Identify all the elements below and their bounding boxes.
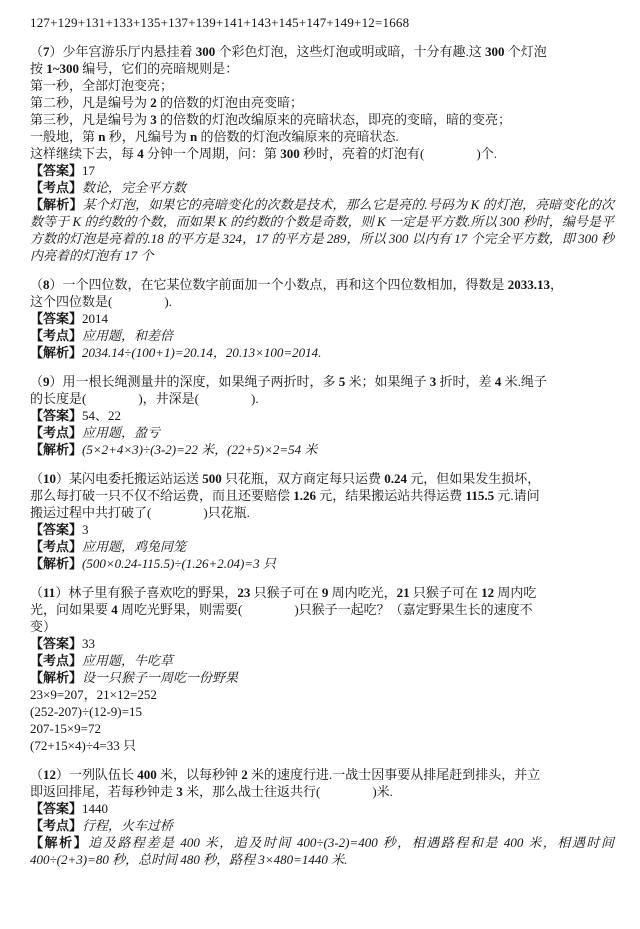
analysis-block: 【解析】某个灯泡，如果它的亮暗变化的次数是技术，那么它是亮的.号码为 K 的灯泡… — [30, 196, 614, 264]
problems-list: （7）少年宫游乐厅内悬挂着 300 个彩色灯泡，这些灯泡或明或暗，十分有趣.这 … — [30, 43, 614, 868]
answer-label: 【答案】 — [30, 522, 82, 537]
analysis-block: 【解析】2034.14÷(100+1)=20.14，20.13×100=2014… — [30, 344, 614, 361]
topic-value: 行程，火车过桥 — [82, 818, 173, 833]
answer-value: 54、22 — [82, 408, 121, 423]
problem-block: （12）一列队伍长 400 米，以每秒钟 2 米的速度行进.一战士因事要从排尾赶… — [30, 766, 614, 868]
analysis-block: 【解析】(5×2+4×3)÷(3-2)=22 米，(22+5)×2=54 米 — [30, 441, 614, 458]
topic-line: 【考点】行程，火车过桥 — [30, 817, 614, 834]
problem-block: （11）林子里有猴子喜欢吃的野果，23 只猴子可在 9 周内吃光，21 只猴子可… — [30, 584, 614, 754]
sum-equation-line: 127+129+131+133+135+137+139+141+143+145+… — [30, 14, 614, 31]
analysis-formula-line: 23×9=207，21×12=252 — [30, 686, 614, 703]
problem-block: （9）用一根长绳测量井的深度，如果绳子两折时，多 5 米；如果绳子 3 折时，差… — [30, 373, 614, 458]
analysis-formula-line: (252-207)÷(12-9)=15 — [30, 703, 614, 720]
topic-line: 【考点】应用题，和差倍 — [30, 327, 614, 344]
analysis-first-line: 【解析】(500×0.24-115.5)÷(1.26+2.04)=3 只 — [30, 555, 614, 572]
answer-value: 17 — [82, 163, 95, 178]
analysis-block: 【解析】(500×0.24-115.5)÷(1.26+2.04)=3 只 — [30, 555, 614, 572]
statement-line: （9）用一根长绳测量井的深度，如果绳子两折时，多 5 米；如果绳子 3 折时，差… — [30, 373, 614, 390]
analysis-label: 【解析】 — [30, 197, 83, 212]
statement-line: （7）少年宫游乐厅内悬挂着 300 个彩色灯泡，这些灯泡或明或暗，十分有趣.这 … — [30, 43, 614, 60]
analysis-first-line: 【解析】设一只猴子一周吃一份野果 — [30, 669, 614, 686]
statement-line: 即返回排尾，若每秒钟走 3 米，那么战士往返共行( )米. — [30, 783, 614, 800]
problem-statement: （7）少年宫游乐厅内悬挂着 300 个彩色灯泡，这些灯泡或明或暗，十分有趣.这 … — [30, 43, 614, 162]
answer-line: 【答案】33 — [30, 635, 614, 652]
answer-value: 3 — [82, 522, 89, 537]
statement-line: 这样继续下去，每 4 分钟一个周期，问：第 300 秒时，亮着的灯泡有( )个. — [30, 145, 614, 162]
analysis-first-line: 【解析】某个灯泡，如果它的亮暗变化的次数是技术，那么它是亮的.号码为 K 的灯泡… — [30, 196, 614, 264]
analysis-block: 【解析】追及路程差是 400 米，追及时间 400÷(3-2)=400 秒，相遇… — [30, 834, 614, 868]
analysis-label: 【解析】 — [30, 670, 82, 685]
answer-line: 【答案】17 — [30, 162, 614, 179]
topic-label: 【考点】 — [30, 425, 82, 440]
analysis-text: 设一只猴子一周吃一份野果 — [82, 670, 238, 685]
problem-block: （8）一个四位数，在它某位数字前面加一个小数点，再和这个四位数相加，得数是 20… — [30, 276, 614, 361]
analysis-first-line: 【解析】2034.14÷(100+1)=20.14，20.13×100=2014… — [30, 344, 614, 361]
document-page: 127+129+131+133+135+137+139+141+143+145+… — [0, 0, 640, 868]
analysis-text: (5×2+4×3)÷(3-2)=22 米，(22+5)×2=54 米 — [82, 442, 317, 457]
topic-value: 应用题，牛吃草 — [82, 653, 173, 668]
answer-label: 【答案】 — [30, 801, 82, 816]
analysis-formula-line: 207-15×9=72 — [30, 720, 614, 737]
topic-label: 【考点】 — [30, 818, 82, 833]
topic-label: 【考点】 — [30, 653, 82, 668]
statement-line: 这个四位数是( ). — [30, 293, 614, 310]
problem-statement: （8）一个四位数，在它某位数字前面加一个小数点，再和这个四位数相加，得数是 20… — [30, 276, 614, 310]
answer-line: 【答案】3 — [30, 521, 614, 538]
statement-line: 变） — [30, 618, 614, 635]
problem-statement: （11）林子里有猴子喜欢吃的野果，23 只猴子可在 9 周内吃光，21 只猴子可… — [30, 584, 614, 635]
analysis-text: 追及路程差是 400 米，追及时间 400÷(3-2)=400 秒，相遇路程和是… — [30, 835, 614, 867]
topic-label: 【考点】 — [30, 539, 82, 554]
answer-label: 【答案】 — [30, 163, 82, 178]
statement-line: 一般地，第 n 秒，凡编号为 n 的倍数的灯泡改编原来的亮暗状态. — [30, 128, 614, 145]
analysis-label: 【解析】 — [30, 556, 82, 571]
answer-line: 【答案】1440 — [30, 800, 614, 817]
analysis-text: 某个灯泡，如果它的亮暗变化的次数是技术，那么它是亮的.号码为 K 的灯泡，亮暗变… — [30, 197, 614, 263]
analysis-formula-line: (72+15×4)÷4=33 只 — [30, 737, 614, 754]
topic-label: 【考点】 — [30, 328, 82, 343]
analysis-text: (500×0.24-115.5)÷(1.26+2.04)=3 只 — [82, 556, 276, 571]
topic-line: 【考点】应用题，牛吃草 — [30, 652, 614, 669]
answer-label: 【答案】 — [30, 311, 82, 326]
analysis-first-line: 【解析】追及路程差是 400 米，追及时间 400÷(3-2)=400 秒，相遇… — [30, 834, 614, 868]
statement-line: （12）一列队伍长 400 米，以每秒钟 2 米的速度行进.一战士因事要从排尾赶… — [30, 766, 614, 783]
analysis-block: 【解析】设一只猴子一周吃一份野果 23×9=207，21×12=252(252-… — [30, 669, 614, 754]
statement-line: （10）某闪电委托搬运站运送 500 只花瓶，双方商定每只运费 0.24 元，但… — [30, 470, 614, 487]
analysis-label: 【解析】 — [30, 442, 82, 457]
statement-line: 按 1~300 编号，它们的亮暗规则是： — [30, 60, 614, 77]
problem-statement: （9）用一根长绳测量井的深度，如果绳子两折时，多 5 米；如果绳子 3 折时，差… — [30, 373, 614, 407]
statement-line: 那么每打破一只不仅不给运费，而且还要赔偿 1.26 元，结果搬运站共得运费 11… — [30, 487, 614, 504]
analysis-label: 【解析】 — [30, 835, 88, 850]
answer-value: 2014 — [82, 311, 108, 326]
statement-line: 搬运过程中共打破了( )只花瓶. — [30, 504, 614, 521]
answer-line: 【答案】2014 — [30, 310, 614, 327]
topic-value: 应用题，鸡兔同笼 — [82, 539, 186, 554]
topic-value: 数论，完全平方数 — [82, 180, 186, 195]
statement-line: 第一秒，全部灯泡变亮； — [30, 77, 614, 94]
statement-line: 光，问如果要 4 周吃光野果，则需要( )只猴子一起吃？（嘉定野果生长的速度不 — [30, 601, 614, 618]
answer-label: 【答案】 — [30, 636, 82, 651]
topic-line: 【考点】应用题，鸡兔同笼 — [30, 538, 614, 555]
topic-value: 应用题，和差倍 — [82, 328, 173, 343]
analysis-label: 【解析】 — [30, 345, 82, 360]
statement-line: 的长度是( )，井深是( ). — [30, 390, 614, 407]
statement-line: 第二秒，凡是编号为 2 的倍数的灯泡由亮变暗； — [30, 94, 614, 111]
statement-line: （11）林子里有猴子喜欢吃的野果，23 只猴子可在 9 周内吃光，21 只猴子可… — [30, 584, 614, 601]
topic-label: 【考点】 — [30, 180, 82, 195]
topic-line: 【考点】应用题，盈亏 — [30, 424, 614, 441]
topic-value: 应用题，盈亏 — [82, 425, 160, 440]
statement-line: （8）一个四位数，在它某位数字前面加一个小数点，再和这个四位数相加，得数是 20… — [30, 276, 614, 293]
answer-value: 1440 — [82, 801, 108, 816]
problem-statement: （12）一列队伍长 400 米，以每秒钟 2 米的速度行进.一战士因事要从排尾赶… — [30, 766, 614, 800]
problem-statement: （10）某闪电委托搬运站运送 500 只花瓶，双方商定每只运费 0.24 元，但… — [30, 470, 614, 521]
problem-block: （7）少年宫游乐厅内悬挂着 300 个彩色灯泡，这些灯泡或明或暗，十分有趣.这 … — [30, 43, 614, 264]
problem-block: （10）某闪电委托搬运站运送 500 只花瓶，双方商定每只运费 0.24 元，但… — [30, 470, 614, 572]
topic-line: 【考点】数论，完全平方数 — [30, 179, 614, 196]
answer-value: 33 — [82, 636, 95, 651]
answer-line: 【答案】54、22 — [30, 407, 614, 424]
statement-line: 第三秒，凡是编号为 3 的倍数的灯泡改编原来的亮暗状态，即亮的变暗，暗的变亮； — [30, 111, 614, 128]
analysis-text: 2034.14÷(100+1)=20.14，20.13×100=2014. — [82, 345, 321, 360]
analysis-first-line: 【解析】(5×2+4×3)÷(3-2)=22 米，(22+5)×2=54 米 — [30, 441, 614, 458]
answer-label: 【答案】 — [30, 408, 82, 423]
